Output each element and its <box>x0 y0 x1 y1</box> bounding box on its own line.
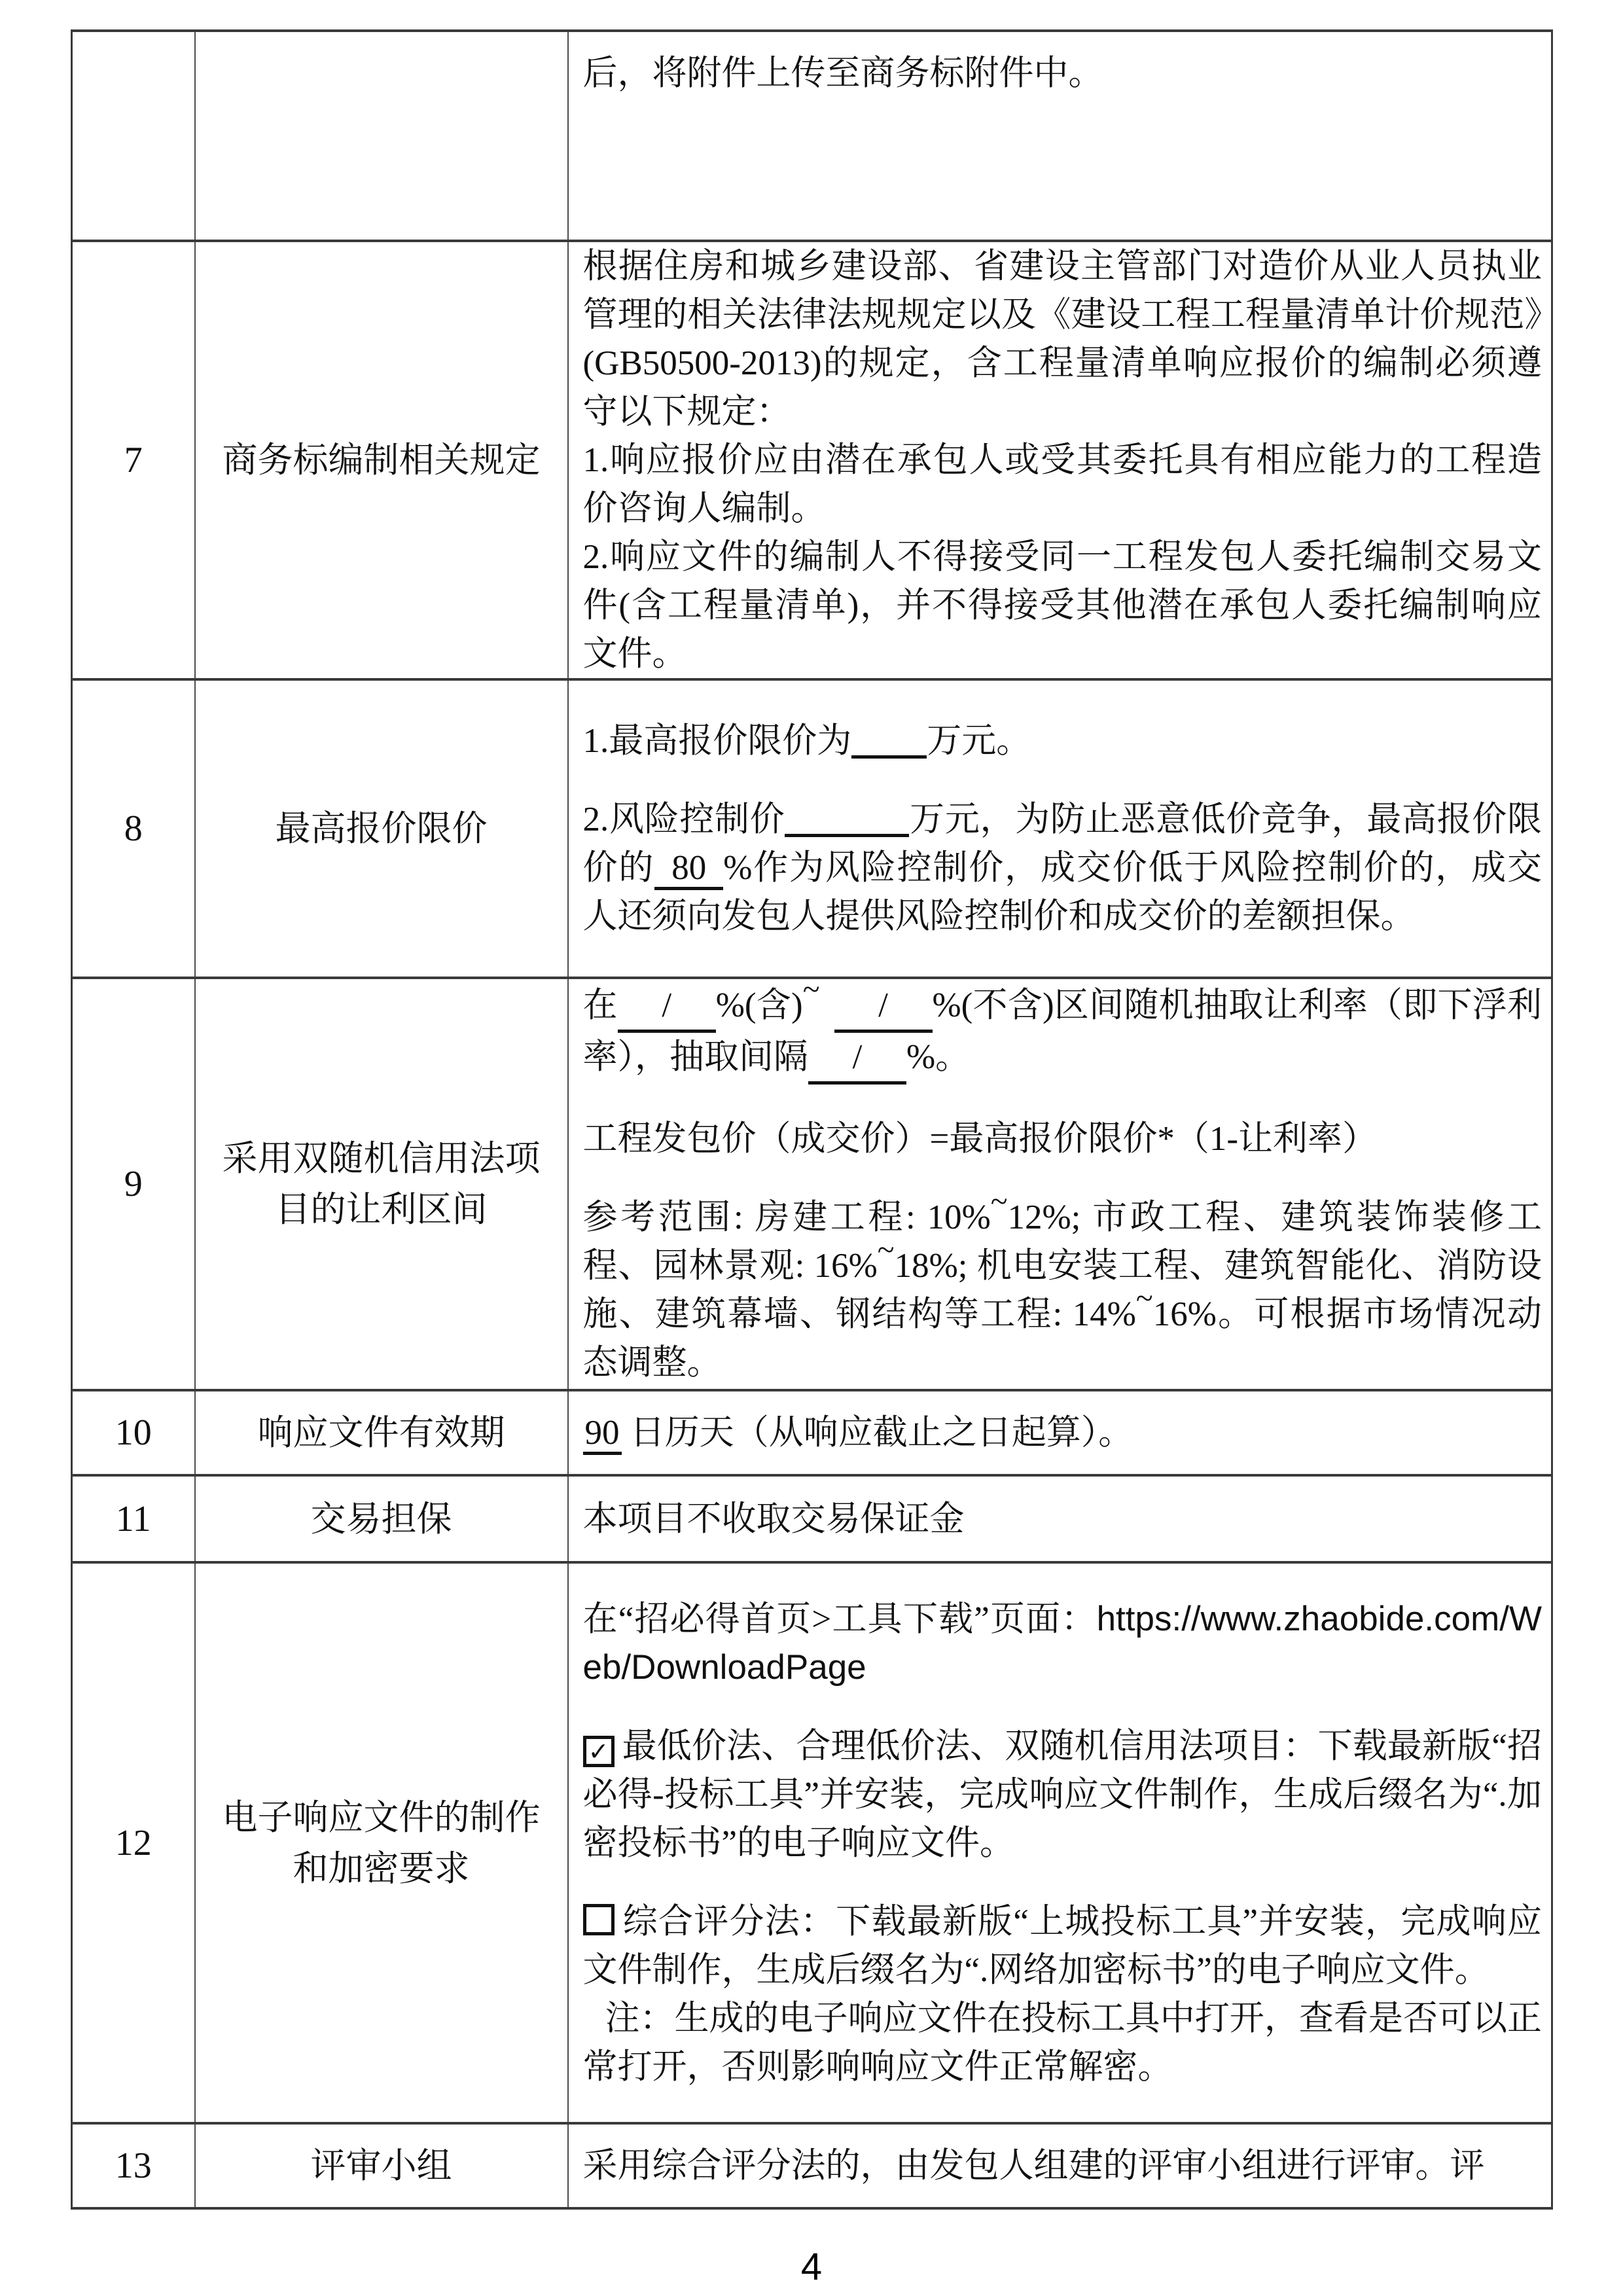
row-content-cell: 90 日历天（从响应截止之日起算）。 <box>568 1390 1552 1475</box>
paragraph: 根据住房和城乡建设部、省建设主管部门对造价从业人员执业管理的相关法律法规规定以及… <box>583 242 1543 436</box>
paragraph: 90 日历天（从响应截止之日起算）。 <box>583 1408 1543 1457</box>
table-row: 9 采用双随机信用法项目的让利区间 在/%(含)~/%(不含)区间随机抽取让利率… <box>72 978 1552 1390</box>
row-label-cell: 评审小组 <box>195 2123 568 2208</box>
table-row: 7 商务标编制相关规定 根据住房和城乡建设部、省建设主管部门对造价从业人员执业管… <box>72 241 1552 679</box>
paragraph: 本项目不收取交易保证金 <box>583 1495 1543 1543</box>
paragraph: 1.响应报价应由潜在承包人或受其委托具有相应能力的工程造价咨询人编制。 <box>583 436 1543 533</box>
unchecked-checkbox-icon <box>583 1904 615 1935</box>
paragraph: 1.最高报价限价为万元。 <box>583 717 1543 765</box>
row-label-cell: 最高报价限价 <box>195 679 568 978</box>
slash-blank-line: / <box>808 1033 906 1085</box>
checked-checkbox-icon: ✓ <box>583 1736 615 1767</box>
underlined-value: 90 <box>583 1414 622 1455</box>
row-content-cell: 本项目不收取交易保证金 <box>568 1475 1552 1562</box>
table-row: 8 最高报价限价 1.最高报价限价为万元。 2.风险控制价万元，为防止恶意低价竞… <box>72 679 1552 978</box>
row-content-cell: 在“招必得首页>工具下载”页面：https://www.zhaobide.com… <box>568 1562 1552 2123</box>
paragraph: 综合评分法：下载最新版“上城投标工具”并安装，完成响应文件制作，生成后缀名为“.… <box>583 1897 1543 1994</box>
row-label-cell: 商务标编制相关规定 <box>195 241 568 679</box>
paragraph: ✓最低价法、合理低价法、双随机信用法项目：下载最新版“招必得-投标工具”并安装，… <box>583 1722 1543 1867</box>
row-content-cell: 根据住房和城乡建设部、省建设主管部门对造价从业人员执业管理的相关法律法规规定以及… <box>568 241 1552 679</box>
page-number: 4 <box>0 2245 1623 2289</box>
row-content-cell: 采用综合评分法的，由发包人组建的评审小组进行评审。评 <box>568 2123 1552 2208</box>
paragraph: 采用综合评分法的，由发包人组建的评审小组进行评审。评 <box>583 2142 1543 2190</box>
table-row: 10 响应文件有效期 90 日历天（从响应截止之日起算）。 <box>72 1390 1552 1475</box>
row-content-cell: 后，将附件上传至商务标附件中。 <box>568 31 1552 241</box>
row-label-cell: 交易担保 <box>195 1475 568 1562</box>
slash-blank-line: / <box>618 981 716 1033</box>
row-content-cell: 1.最高报价限价为万元。 2.风险控制价万元，为防止恶意低价竞争，最高报价限价的… <box>568 679 1552 978</box>
paragraph: 后，将附件上传至商务标附件中。 <box>583 49 1543 98</box>
row-number-cell: 8 <box>72 679 195 978</box>
document-page: { "page": { "number": "4" }, "table": { … <box>0 0 1623 2296</box>
row-label-cell <box>195 31 568 241</box>
blank-line <box>851 726 927 759</box>
paragraph: 工程发包价（成交价）=最高报价限价*（1-让利率） <box>583 1115 1543 1163</box>
row-number-cell <box>72 31 195 241</box>
row-number-cell: 13 <box>72 2123 195 2208</box>
row-number-cell: 9 <box>72 978 195 1390</box>
paragraph: 注：生成的电子响应文件在投标工具中打开，查看是否可以正常打开，否则影响响应文件正… <box>583 1994 1543 2091</box>
slash-blank-line: / <box>834 981 933 1033</box>
tender-spec-table: 后，将附件上传至商务标附件中。 7 商务标编制相关规定 根据住房和城乡建设部、省… <box>71 29 1553 2210</box>
row-label-cell: 采用双随机信用法项目的让利区间 <box>195 978 568 1390</box>
row-number-cell: 11 <box>72 1475 195 1562</box>
row-number-cell: 10 <box>72 1390 195 1475</box>
paragraph: 2.响应文件的编制人不得接受同一工程发包人委托编制交易文件(含工程量清单)，并不… <box>583 533 1543 678</box>
paragraph: 在“招必得首页>工具下载”页面：https://www.zhaobide.com… <box>583 1595 1543 1692</box>
table-row: 后，将附件上传至商务标附件中。 <box>72 31 1552 241</box>
row-label-cell: 响应文件有效期 <box>195 1390 568 1475</box>
blank-line <box>785 805 909 837</box>
paragraph: 在/%(含)~/%(不含)区间随机抽取让利率（即下浮利率），抽取间隔/%。 <box>583 981 1543 1085</box>
row-number-cell: 12 <box>72 1562 195 2123</box>
paragraph: 参考范围: 房建工程: 10%~12%; 市政工程、建筑装饰装修工程、园林景观:… <box>583 1193 1543 1387</box>
underlined-value: 80 <box>654 849 723 890</box>
row-content-cell: 在/%(含)~/%(不含)区间随机抽取让利率（即下浮利率），抽取间隔/%。 工程… <box>568 978 1552 1390</box>
table-row: 12 电子响应文件的制作和加密要求 在“招必得首页>工具下载”页面：https:… <box>72 1562 1552 2123</box>
table-row: 11 交易担保 本项目不收取交易保证金 <box>72 1475 1552 1562</box>
row-number-cell: 7 <box>72 241 195 679</box>
table-row: 13 评审小组 采用综合评分法的，由发包人组建的评审小组进行评审。评 <box>72 2123 1552 2208</box>
paragraph: 2.风险控制价万元，为防止恶意低价竞争，最高报价限价的80%作为风险控制价，成交… <box>583 795 1543 941</box>
row-label-cell: 电子响应文件的制作和加密要求 <box>195 1562 568 2123</box>
